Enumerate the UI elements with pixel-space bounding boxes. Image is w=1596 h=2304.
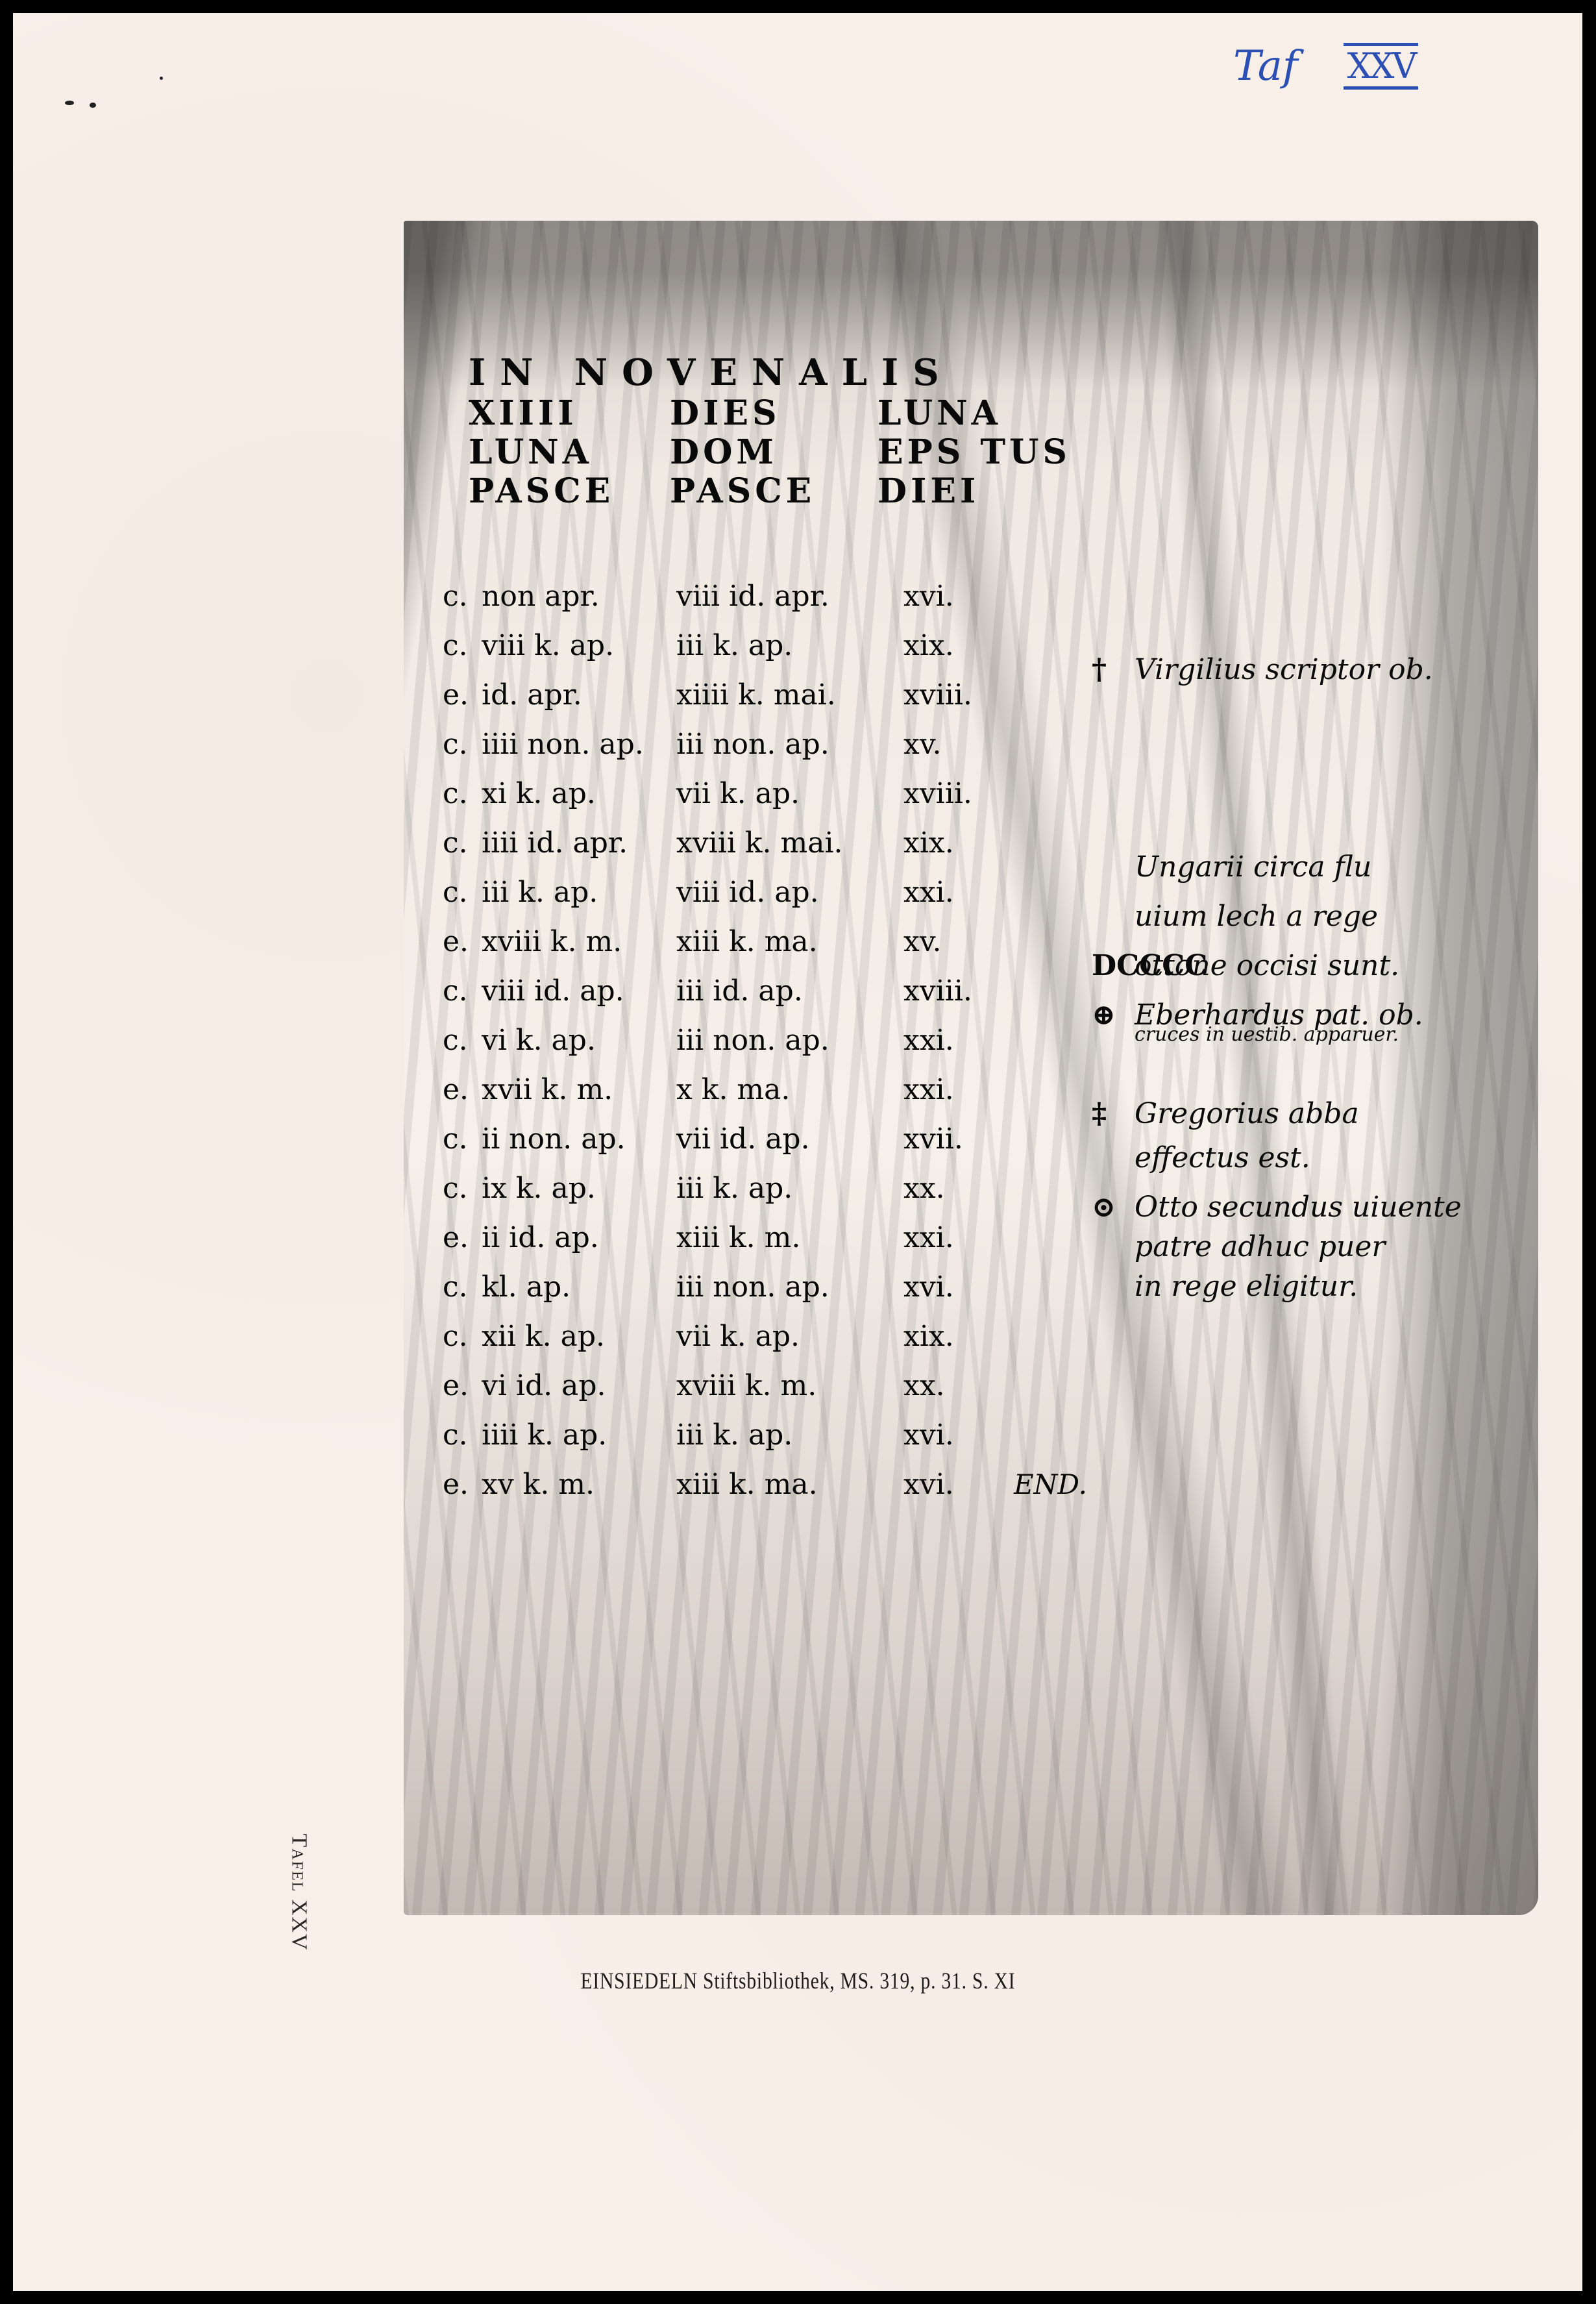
luna-diei-cell: xviii.: [903, 678, 1014, 712]
luna-diei-cell: xv.: [903, 925, 1014, 958]
annotation-line: uium lech a rege: [1092, 900, 1378, 933]
luna-diei-cell: xvi.: [903, 580, 1014, 613]
annotation-line: ⊙Otto secundus uiuente: [1092, 1191, 1462, 1224]
row-prefix: c.: [443, 1320, 482, 1353]
luna-diei-cell: xxi.: [903, 876, 1014, 909]
annotation-line: †Virgilius scriptor ob.: [1092, 653, 1433, 686]
side-plate-label: Tafel XXV: [279, 1815, 318, 1970]
luna-diei-cell: xv.: [903, 728, 1014, 761]
luna-pasce-cell: id. apr.: [482, 678, 676, 712]
luna-diei-cell: xvi.: [903, 1468, 1014, 1501]
row-prefix: c.: [443, 580, 482, 613]
note-numeral: XXV: [1344, 43, 1419, 90]
dies-dominica-cell: viii id. ap.: [676, 876, 903, 909]
ink-speck: [160, 77, 163, 80]
luna-pasce-cell: iii k. ap.: [482, 876, 676, 909]
luna-pasce-cell: ii id. ap.: [482, 1221, 676, 1254]
annotation-marker-icon: †: [1092, 653, 1135, 686]
annotation-text: Virgilius scriptor ob.: [1135, 653, 1433, 686]
header-cell: DOM: [670, 432, 878, 472]
luna-diei-cell: xvii.: [903, 1122, 1014, 1156]
annotation-line: DCCCCottone occisi sunt.: [1092, 949, 1399, 982]
ink-speck: [65, 101, 74, 105]
luna-pasce-cell: iiii k. ap.: [482, 1418, 676, 1452]
annotation-line: cruces in uestib. apparuer.: [1092, 1023, 1399, 1046]
row-prefix: c.: [443, 1122, 482, 1156]
dies-dominica-cell: xiii k. m.: [676, 1221, 903, 1254]
handwritten-plate-note: Taf XXV: [1233, 42, 1418, 90]
luna-pasce-cell: vi id. ap.: [482, 1369, 676, 1402]
luna-pasce-cell: iiii id. apr.: [482, 826, 676, 860]
annotation-text: cruces in uestib. apparuer.: [1135, 1023, 1399, 1046]
header-cell: PASCE: [469, 471, 670, 511]
dies-dominica-cell: iii k. ap.: [676, 1418, 903, 1452]
dies-dominica-cell: vii k. ap.: [676, 1320, 903, 1353]
annotation-text: effectus est.: [1135, 1141, 1310, 1174]
table-row: c.iiii k. ap.iii k. ap.xvi.: [443, 1410, 1338, 1459]
table-row: c.xii k. ap.vii k. ap.xix.: [443, 1311, 1338, 1361]
header-cell: XIIII: [469, 393, 670, 433]
dies-dominica-cell: xiii k. ma.: [676, 925, 903, 958]
annotation-line: in rege eligitur.: [1092, 1270, 1358, 1303]
luna-pasce-cell: kl. ap.: [482, 1270, 676, 1304]
luna-diei-cell: xx.: [903, 1369, 1014, 1402]
annotation-line: Ungarii circa flu: [1092, 850, 1371, 884]
luna-pasce-cell: xviii k. m.: [482, 925, 676, 958]
luna-pasce-cell: xi k. ap.: [482, 777, 676, 810]
note-prefix: Taf: [1233, 42, 1298, 90]
ink-speck: [90, 103, 96, 108]
header-cell: PASCE: [670, 471, 878, 511]
header-cell: EPS TUS: [878, 432, 1072, 472]
row-prefix: c.: [443, 876, 482, 909]
annotation-text: in rege eligitur.: [1135, 1270, 1358, 1303]
row-prefix: c.: [443, 1172, 482, 1205]
dies-dominica-cell: iii non. ap.: [676, 1024, 903, 1057]
dies-dominica-cell: iii k. ap.: [676, 629, 903, 662]
dies-dominica-cell: vii k. ap.: [676, 777, 903, 810]
header-cell: LUNA: [878, 393, 1072, 433]
row-prefix: c.: [443, 1418, 482, 1452]
luna-diei-cell: xix.: [903, 826, 1014, 860]
annotation-text: Ungarii circa flu: [1135, 850, 1371, 884]
luna-diei-cell: xix.: [903, 629, 1014, 662]
row-prefix: e.: [443, 1369, 482, 1402]
luna-diei-cell: xxi.: [903, 1221, 1014, 1254]
luna-pasce-cell: xii k. ap.: [482, 1320, 676, 1353]
manuscript-photograph: IN NOVENALIS XIIII DIES LUNA LUNA DOM EP…: [404, 221, 1538, 1915]
dies-dominica-cell: xiiii k. mai.: [676, 678, 903, 712]
dies-dominica-cell: iii non. ap.: [676, 728, 903, 761]
row-prefix: c.: [443, 629, 482, 662]
header-cell: LUNA: [469, 432, 670, 472]
row-prefix: c.: [443, 1024, 482, 1057]
row-prefix: c.: [443, 826, 482, 860]
dies-dominica-cell: iii non. ap.: [676, 1270, 903, 1304]
row-prefix: c.: [443, 728, 482, 761]
header-row: XIIII DIES LUNA: [469, 394, 1072, 433]
annotation-text: patre adhuc puer: [1135, 1230, 1385, 1263]
table-row: c.iiii non. ap.iii non. ap.xv.: [443, 719, 1338, 769]
header-title: IN NOVENALIS: [469, 347, 1072, 394]
dies-dominica-cell: vii id. ap.: [676, 1122, 903, 1156]
annotation-marker-icon: DCCCC: [1092, 949, 1135, 982]
row-prefix: e.: [443, 1468, 482, 1501]
luna-pasce-cell: xvii k. m.: [482, 1073, 676, 1106]
table-header: IN NOVENALIS XIIII DIES LUNA LUNA DOM EP…: [469, 347, 1072, 511]
table-row: c.xi k. ap.vii k. ap.xviii.: [443, 769, 1338, 818]
luna-diei-cell: xviii.: [903, 974, 1014, 1008]
dies-dominica-cell: viii id. apr.: [676, 580, 903, 613]
annotation-text: ottone occisi sunt.: [1135, 949, 1399, 982]
annotation-marker-icon: ‡: [1092, 1097, 1135, 1130]
header-row: LUNA DOM EPS TUS: [469, 433, 1072, 472]
luna-diei-cell: xix.: [903, 1320, 1014, 1353]
luna-pasce-cell: viii k. ap.: [482, 629, 676, 662]
luna-pasce-cell: iiii non. ap.: [482, 728, 676, 761]
annotation-line: effectus est.: [1092, 1141, 1310, 1174]
luna-diei-cell: xxi.: [903, 1024, 1014, 1057]
table-row: e.xv k. m.xiii k. ma.xvi.END.: [443, 1459, 1338, 1509]
luna-diei-cell: xviii.: [903, 777, 1014, 810]
dies-dominica-cell: iii id. ap.: [676, 974, 903, 1008]
luna-pasce-cell: vi k. ap.: [482, 1024, 676, 1057]
luna-pasce-cell: xv k. m.: [482, 1468, 676, 1501]
dies-dominica-cell: xiii k. ma.: [676, 1468, 903, 1501]
row-prefix: e.: [443, 925, 482, 958]
row-prefix: e.: [443, 1221, 482, 1254]
luna-pasce-cell: non apr.: [482, 580, 676, 613]
dies-dominica-cell: xviii k. mai.: [676, 826, 903, 860]
luna-pasce-cell: ix k. ap.: [482, 1172, 676, 1205]
dies-dominica-cell: x k. ma.: [676, 1073, 903, 1106]
annotation-line: ‡Gregorius abba: [1092, 1097, 1359, 1130]
row-prefix: e.: [443, 1073, 482, 1106]
row-prefix: c.: [443, 974, 482, 1008]
luna-diei-cell: xxi.: [903, 1073, 1014, 1106]
annotation-marker-icon: ⊙: [1092, 1191, 1135, 1224]
dies-dominica-cell: iii k. ap.: [676, 1172, 903, 1205]
row-note: END.: [1014, 1468, 1338, 1500]
luna-pasce-cell: ii non. ap.: [482, 1122, 676, 1156]
dies-dominica-cell: xviii k. m.: [676, 1369, 903, 1402]
plate-caption: EINSIEDELN Stiftsbibliothek, MS. 319, p.…: [143, 1967, 1452, 1994]
row-prefix: c.: [443, 1270, 482, 1304]
header-cell: DIES: [670, 393, 878, 433]
annotation-text: Gregorius abba: [1135, 1097, 1359, 1130]
table-row: e.vi id. ap.xviii k. m.xx.: [443, 1361, 1338, 1410]
annotation-text: Otto secundus uiuente: [1135, 1191, 1462, 1224]
annotation-text: uium lech a rege: [1135, 900, 1378, 933]
row-prefix: c.: [443, 777, 482, 810]
luna-diei-cell: xx.: [903, 1172, 1014, 1205]
header-cell: DIEI: [878, 471, 1072, 511]
header-row: PASCE PASCE DIEI: [469, 472, 1072, 511]
luna-pasce-cell: viii id. ap.: [482, 974, 676, 1008]
table-row: c.non apr.viii id. apr.xvi.: [443, 571, 1338, 621]
luna-diei-cell: xvi.: [903, 1418, 1014, 1452]
luna-diei-cell: xvi.: [903, 1270, 1014, 1304]
side-label-text: Tafel XXV: [286, 1834, 311, 1951]
row-prefix: e.: [443, 678, 482, 712]
annotation-line: patre adhuc puer: [1092, 1230, 1385, 1263]
